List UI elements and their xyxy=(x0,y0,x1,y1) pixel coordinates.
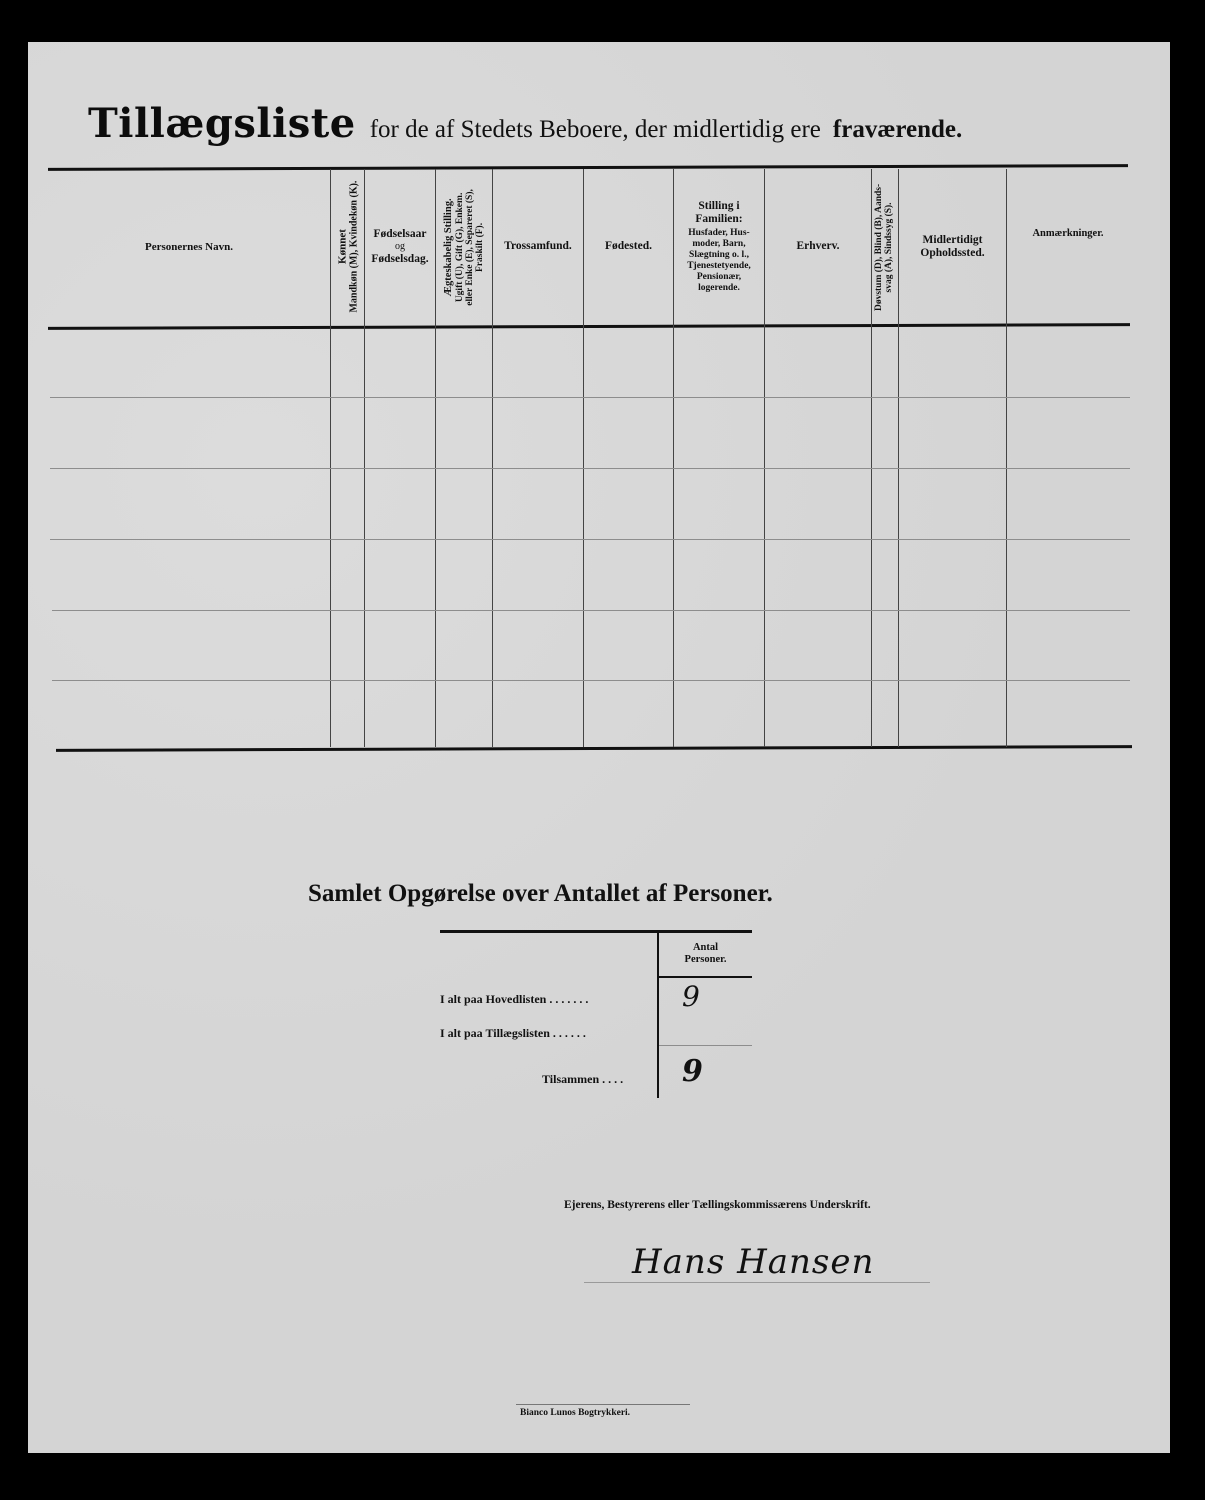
header-religion-label: Trossamfund. xyxy=(504,240,572,253)
summary-title: Samlet Opgørelse over Antallet af Person… xyxy=(308,880,773,908)
header-temp-line1: Midlertidigt xyxy=(922,234,982,247)
row-divider xyxy=(50,397,1130,398)
header-disability: Døvstum (D), Blind (B), Aands- svag (A),… xyxy=(872,169,898,325)
summary-value-total: 9 xyxy=(682,1054,703,1089)
header-disability-line2: svag (A), Sindssyg (S). xyxy=(885,183,895,310)
header-family-line8: logerende. xyxy=(698,283,740,294)
header-marital: Ægteskabelig Stilling. Ugift (U), Gift (… xyxy=(436,169,492,325)
header-religion: Trossamfund. xyxy=(493,169,583,325)
header-family-line5: Slægtning o. l., xyxy=(689,250,749,261)
header-disability-label: Døvstum (D), Blind (B), Aands- svag (A),… xyxy=(875,183,896,310)
header-family-line7: Pensionær, xyxy=(697,272,741,283)
header-family-line3: Husfader, Hus- xyxy=(688,228,749,239)
title-main: Tillægsliste xyxy=(88,100,356,147)
header-family-line6: Tjenestetyende, xyxy=(687,261,751,272)
header-marital-line3: eller Enke (E), Separeret (S), xyxy=(465,189,475,306)
header-sex-label: KønnetMandkøn (M), Kvindekøn (K). xyxy=(336,181,359,313)
printer-imprint: Bianco Lunos Bogtrykkeri. xyxy=(520,1408,630,1418)
row-divider xyxy=(52,610,1130,611)
summary-header-line2: Personer. xyxy=(685,954,727,966)
summary-row-main-list: I alt paa Hovedlisten . . . . . . . xyxy=(440,992,588,1007)
header-remarks: Anmærkninger. xyxy=(1007,169,1129,299)
header-occupation: Erhverv. xyxy=(765,169,871,325)
header-marital-line4: Fraskilt (F). xyxy=(475,189,485,306)
table-bottom-rule xyxy=(56,745,1132,752)
census-form-page: Tillægsliste for de af Stedets Beboere, … xyxy=(28,42,1170,1453)
header-family-line4: moder, Barn, xyxy=(692,239,745,250)
summary-row-total: Tilsammen . . . . xyxy=(542,1072,623,1087)
form-title: Tillægsliste for de af Stedets Beboere, … xyxy=(88,100,962,147)
row-divider xyxy=(50,468,1130,469)
header-temp-residence: Midlertidigt Opholdssted. xyxy=(899,169,1006,325)
header-birth-line3: Fødselsdag. xyxy=(371,253,428,266)
summary-subtotal-rule xyxy=(659,1045,752,1046)
summary-row-supplement-list: I alt paa Tillægslisten . . . . . . xyxy=(440,1026,586,1041)
title-subtitle: for de af Stedets Beboere, der midlertid… xyxy=(370,116,821,143)
header-sex-line2: Mandkøn (M), Kvindekøn (K). xyxy=(348,181,359,313)
signature-line xyxy=(584,1282,930,1283)
row-divider xyxy=(50,539,1130,540)
summary-top-rule xyxy=(440,930,752,933)
header-birth: Fødselsaar og Fødselsdag. xyxy=(365,169,435,325)
header-marital-line2: Ugift (U), Gift (G), Enkem. xyxy=(454,189,464,306)
header-sex: KønnetMandkøn (M), Kvindekøn (K). xyxy=(331,169,364,325)
header-family-line2: Familien: xyxy=(695,213,742,226)
header-birthplace-label: Fødested. xyxy=(605,240,652,253)
header-temp-line2: Opholdssted. xyxy=(920,247,984,260)
header-name-label: Personernes Navn. xyxy=(145,241,233,254)
printer-rule xyxy=(516,1404,690,1405)
summary-value-main-list: 9 xyxy=(682,980,700,1013)
header-remarks-label: Anmærkninger. xyxy=(1032,228,1103,240)
header-marital-line1: Ægteskabelig Stilling. xyxy=(443,189,455,306)
header-name: Personernes Navn. xyxy=(48,169,330,325)
header-occupation-label: Erhverv. xyxy=(796,240,839,253)
header-family-position: Stilling i Familien: Husfader, Hus- mode… xyxy=(674,169,764,325)
header-sex-line1: Kønnet xyxy=(336,181,348,313)
header-marital-label: Ægteskabelig Stilling. Ugift (U), Gift (… xyxy=(443,189,486,306)
row-divider xyxy=(52,680,1130,681)
summary-header-line1: Antal xyxy=(693,942,718,954)
summary-column-header: Antal Personer. xyxy=(659,934,752,974)
title-subtitle-bold: fraværende. xyxy=(833,116,962,143)
header-birth-line1: Fødselsaar xyxy=(373,228,426,241)
signature-caption: Ejerens, Bestyrerens eller Tællingskommi… xyxy=(564,1199,871,1211)
header-birthplace: Fødested. xyxy=(584,169,673,325)
header-birth-line2: og xyxy=(395,241,405,253)
signature-handwritten: Hans Hansen xyxy=(632,1242,874,1282)
header-family-line1: Stilling i xyxy=(698,200,739,213)
summary-header-rule xyxy=(659,976,752,978)
